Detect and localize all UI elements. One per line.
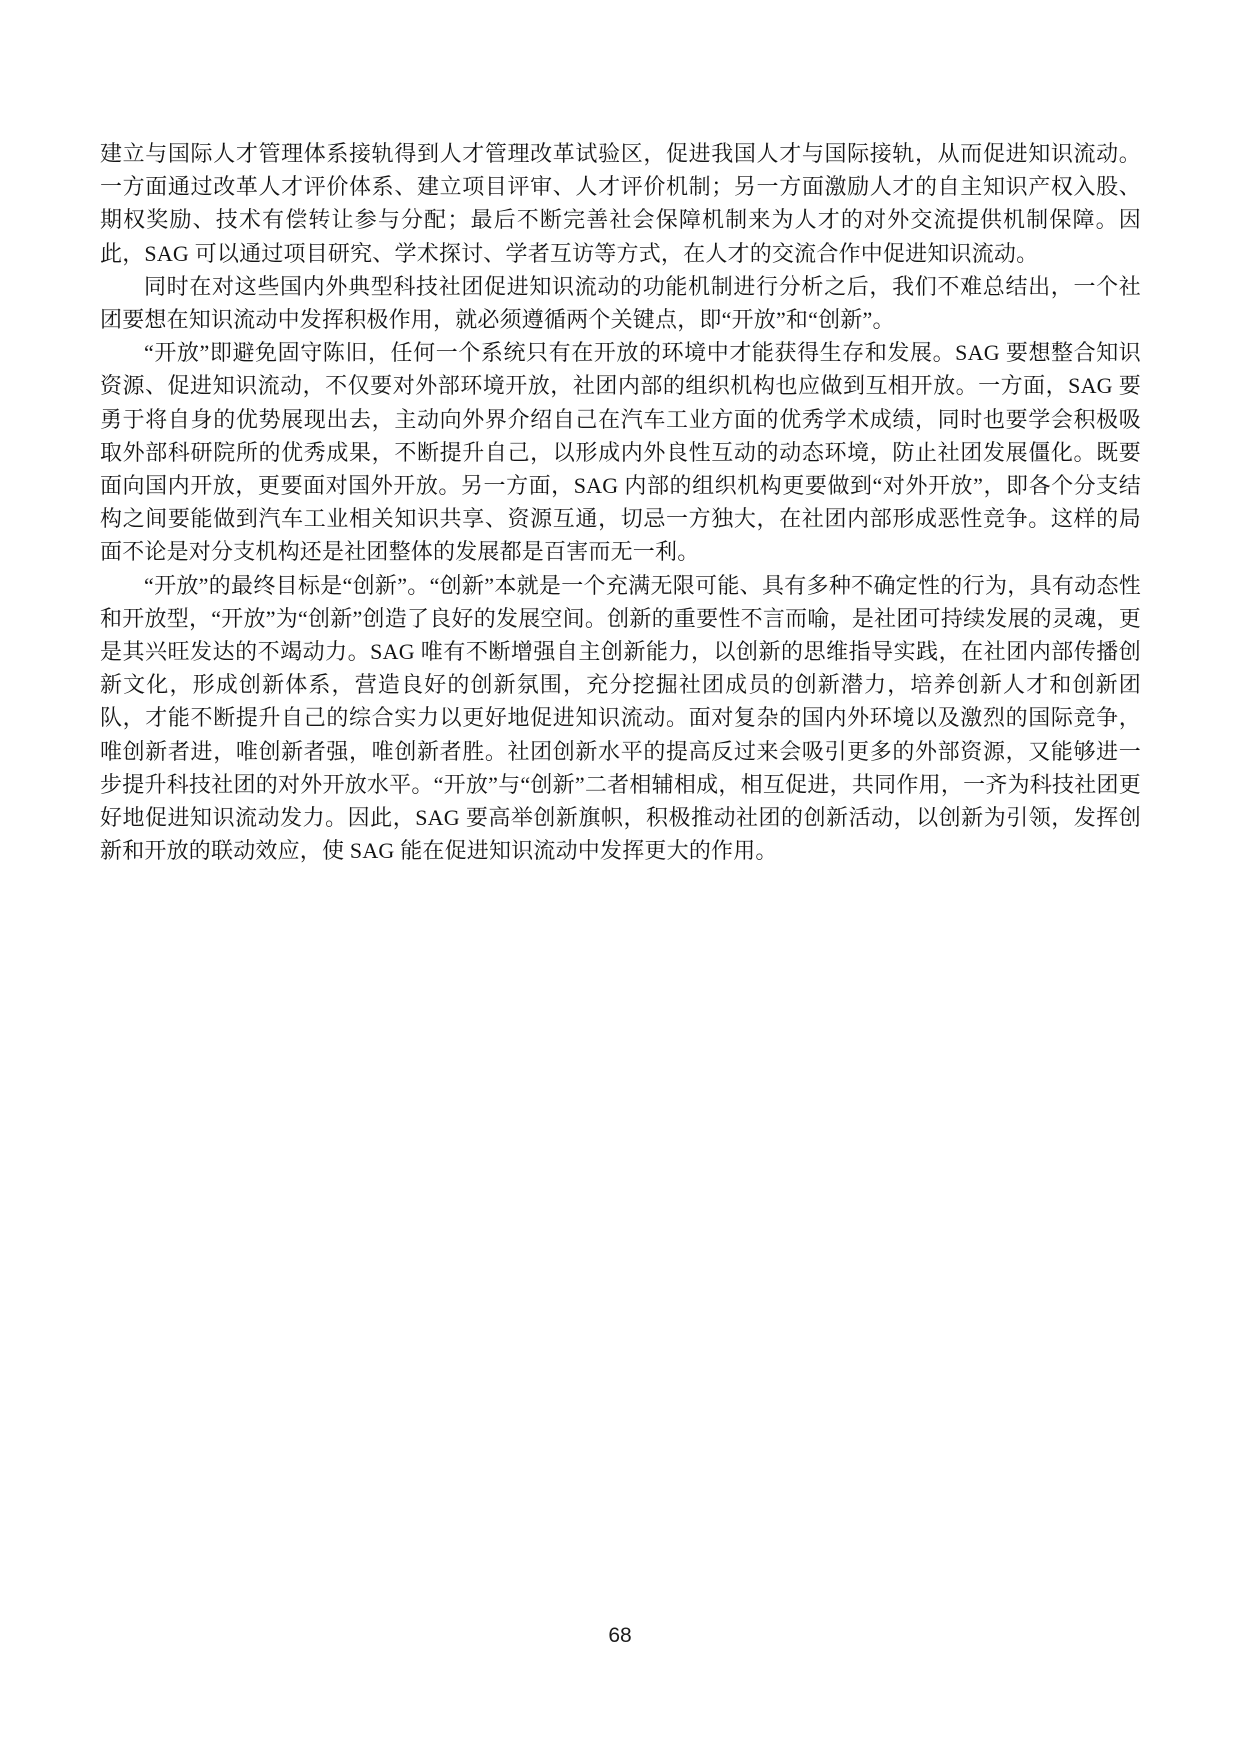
paragraph-innovation: “开放”的最终目标是“创新”。“创新”本就是一个充满无限可能、具有多种不确定性的… xyxy=(100,569,1141,868)
paragraph-openness: “开放”即避免固守陈旧，任何一个系统只有在开放的环境中才能获得生存和发展。SAG… xyxy=(100,336,1141,568)
page-text-body: 建立与国际人才管理体系接轨得到人才管理改革试验区，促进我国人才与国际接轨，从而促… xyxy=(100,137,1141,867)
document-page: 建立与国际人才管理体系接轨得到人才管理改革试验区，促进我国人才与国际接轨，从而促… xyxy=(0,0,1240,1753)
paragraph-continuation: 建立与国际人才管理体系接轨得到人才管理改革试验区，促进我国人才与国际接轨，从而促… xyxy=(100,137,1141,270)
page-footer: 68 xyxy=(0,1624,1240,1648)
page-number: 68 xyxy=(608,1624,631,1647)
paragraph-summary: 同时在对这些国内外典型科技社团促进知识流动的功能机制进行分析之后，我们不难总结出… xyxy=(100,270,1141,336)
